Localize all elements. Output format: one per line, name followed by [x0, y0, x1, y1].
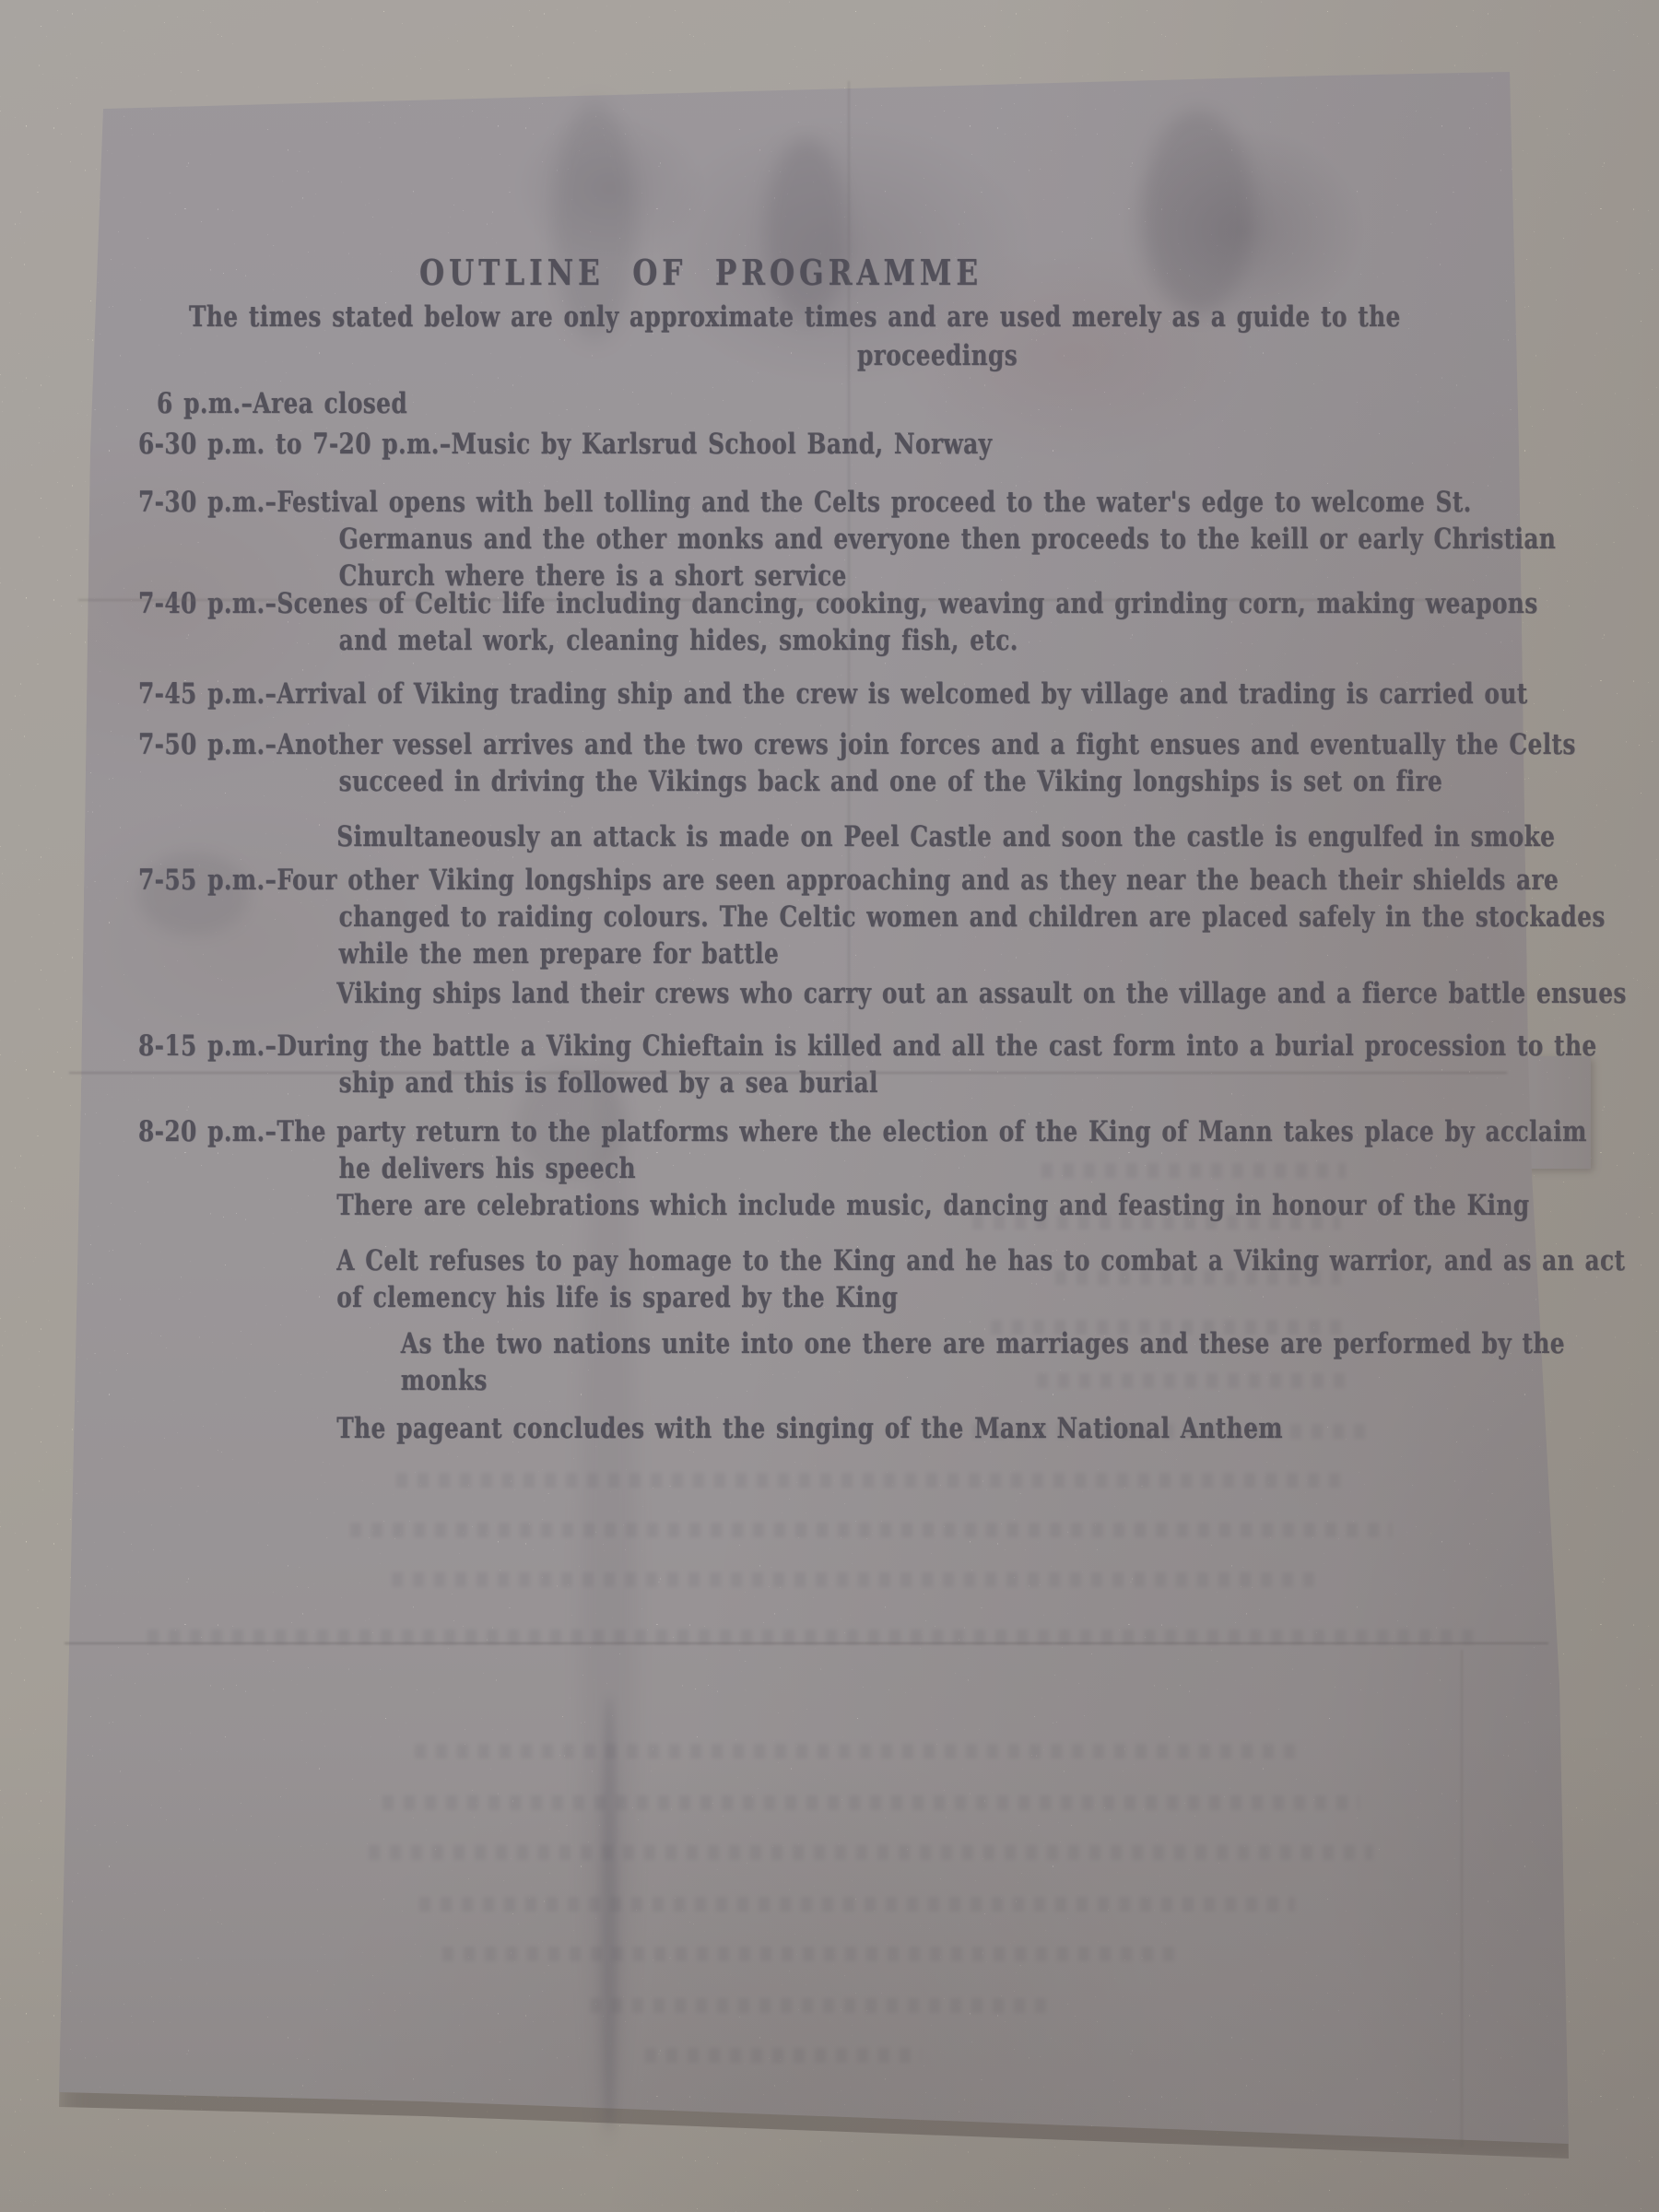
programme-item: As the two nations unite into one there …	[138, 1325, 1419, 1399]
programme-line: There are celebrations which include mus…	[138, 1187, 1163, 1224]
programme-line: Simultaneously an attack is made on Peel…	[138, 818, 1163, 855]
programme-item: 8-20 p.m.–The party return to the platfo…	[138, 1113, 1419, 1187]
programme-line: 7-55 p.m.–Four other Viking longships ar…	[138, 862, 1163, 899]
programme-line: 7-40 p.m.–Scenes of Celtic life includin…	[138, 585, 1163, 622]
programme-line: while the men prepare for battle	[138, 935, 1163, 972]
programme-item: 6-30 p.m. to 7-20 p.m.–Music by Karlsrud…	[138, 426, 1419, 463]
programme-item: 8-15 p.m.–During the battle a Viking Chi…	[138, 1028, 1419, 1101]
programme-line: 8-20 p.m.–The party return to the platfo…	[138, 1113, 1163, 1150]
programme-item: 6 p.m.–Area closed	[138, 385, 1419, 422]
typewritten-content: OUTLINE OF PROGRAMME The times stated be…	[0, 0, 1659, 2212]
programme-line: succeed in driving the Vikings back and …	[138, 763, 1163, 800]
programme-line: monks	[138, 1362, 1163, 1399]
intro-note-line1: The times stated below are only approxim…	[189, 299, 1401, 335]
programme-item: 7-30 p.m.–Festival opens with bell tolli…	[138, 484, 1419, 594]
programme-item: Viking ships land their crews who carry …	[138, 975, 1419, 1012]
programme-item: A Celt refuses to pay homage to the King…	[138, 1242, 1419, 1316]
programme-line: 6-30 p.m. to 7-20 p.m.–Music by Karlsrud…	[138, 426, 1163, 463]
programme-line: 8-15 p.m.–During the battle a Viking Chi…	[138, 1028, 1163, 1065]
programme-item: 7-45 p.m.–Arrival of Viking trading ship…	[138, 676, 1419, 712]
programme-item: There are celebrations which include mus…	[138, 1187, 1419, 1224]
programme-item: Simultaneously an attack is made on Peel…	[138, 818, 1419, 855]
programme-line: ship and this is followed by a sea buria…	[138, 1065, 1163, 1101]
programme-item: 7-50 p.m.–Another vessel arrives and the…	[138, 726, 1419, 800]
programme-item: The pageant concludes with the singing o…	[138, 1410, 1419, 1447]
programme-line: A Celt refuses to pay homage to the King…	[138, 1242, 1163, 1279]
page-title: OUTLINE OF PROGRAMME	[419, 254, 982, 291]
programme-line: Germanus and the other monks and everyon…	[138, 521, 1163, 558]
programme-line: changed to raiding colours. The Celtic w…	[138, 899, 1163, 935]
programme-line: and metal work, cleaning hides, smoking …	[138, 622, 1163, 659]
programme-line: 6 p.m.–Area closed	[138, 385, 1163, 422]
intro-note-line2: proceedings	[857, 337, 1018, 374]
programme-line: Viking ships land their crews who carry …	[138, 975, 1163, 1012]
programme-line: 7-45 p.m.–Arrival of Viking trading ship…	[138, 676, 1163, 712]
programme-line: The pageant concludes with the singing o…	[138, 1410, 1163, 1447]
programme-item: 7-40 p.m.–Scenes of Celtic life includin…	[138, 585, 1419, 659]
photograph-of-document: OUTLINE OF PROGRAMME The times stated be…	[0, 0, 1659, 2212]
programme-line: he delivers his speech	[138, 1150, 1163, 1187]
programme-line: of clemency his life is spared by the Ki…	[138, 1279, 1163, 1316]
programme-line: 7-50 p.m.–Another vessel arrives and the…	[138, 726, 1163, 763]
programme-line: As the two nations unite into one there …	[138, 1325, 1163, 1362]
programme-item: 7-55 p.m.–Four other Viking longships ar…	[138, 862, 1419, 972]
programme-line: 7-30 p.m.–Festival opens with bell tolli…	[138, 484, 1163, 521]
